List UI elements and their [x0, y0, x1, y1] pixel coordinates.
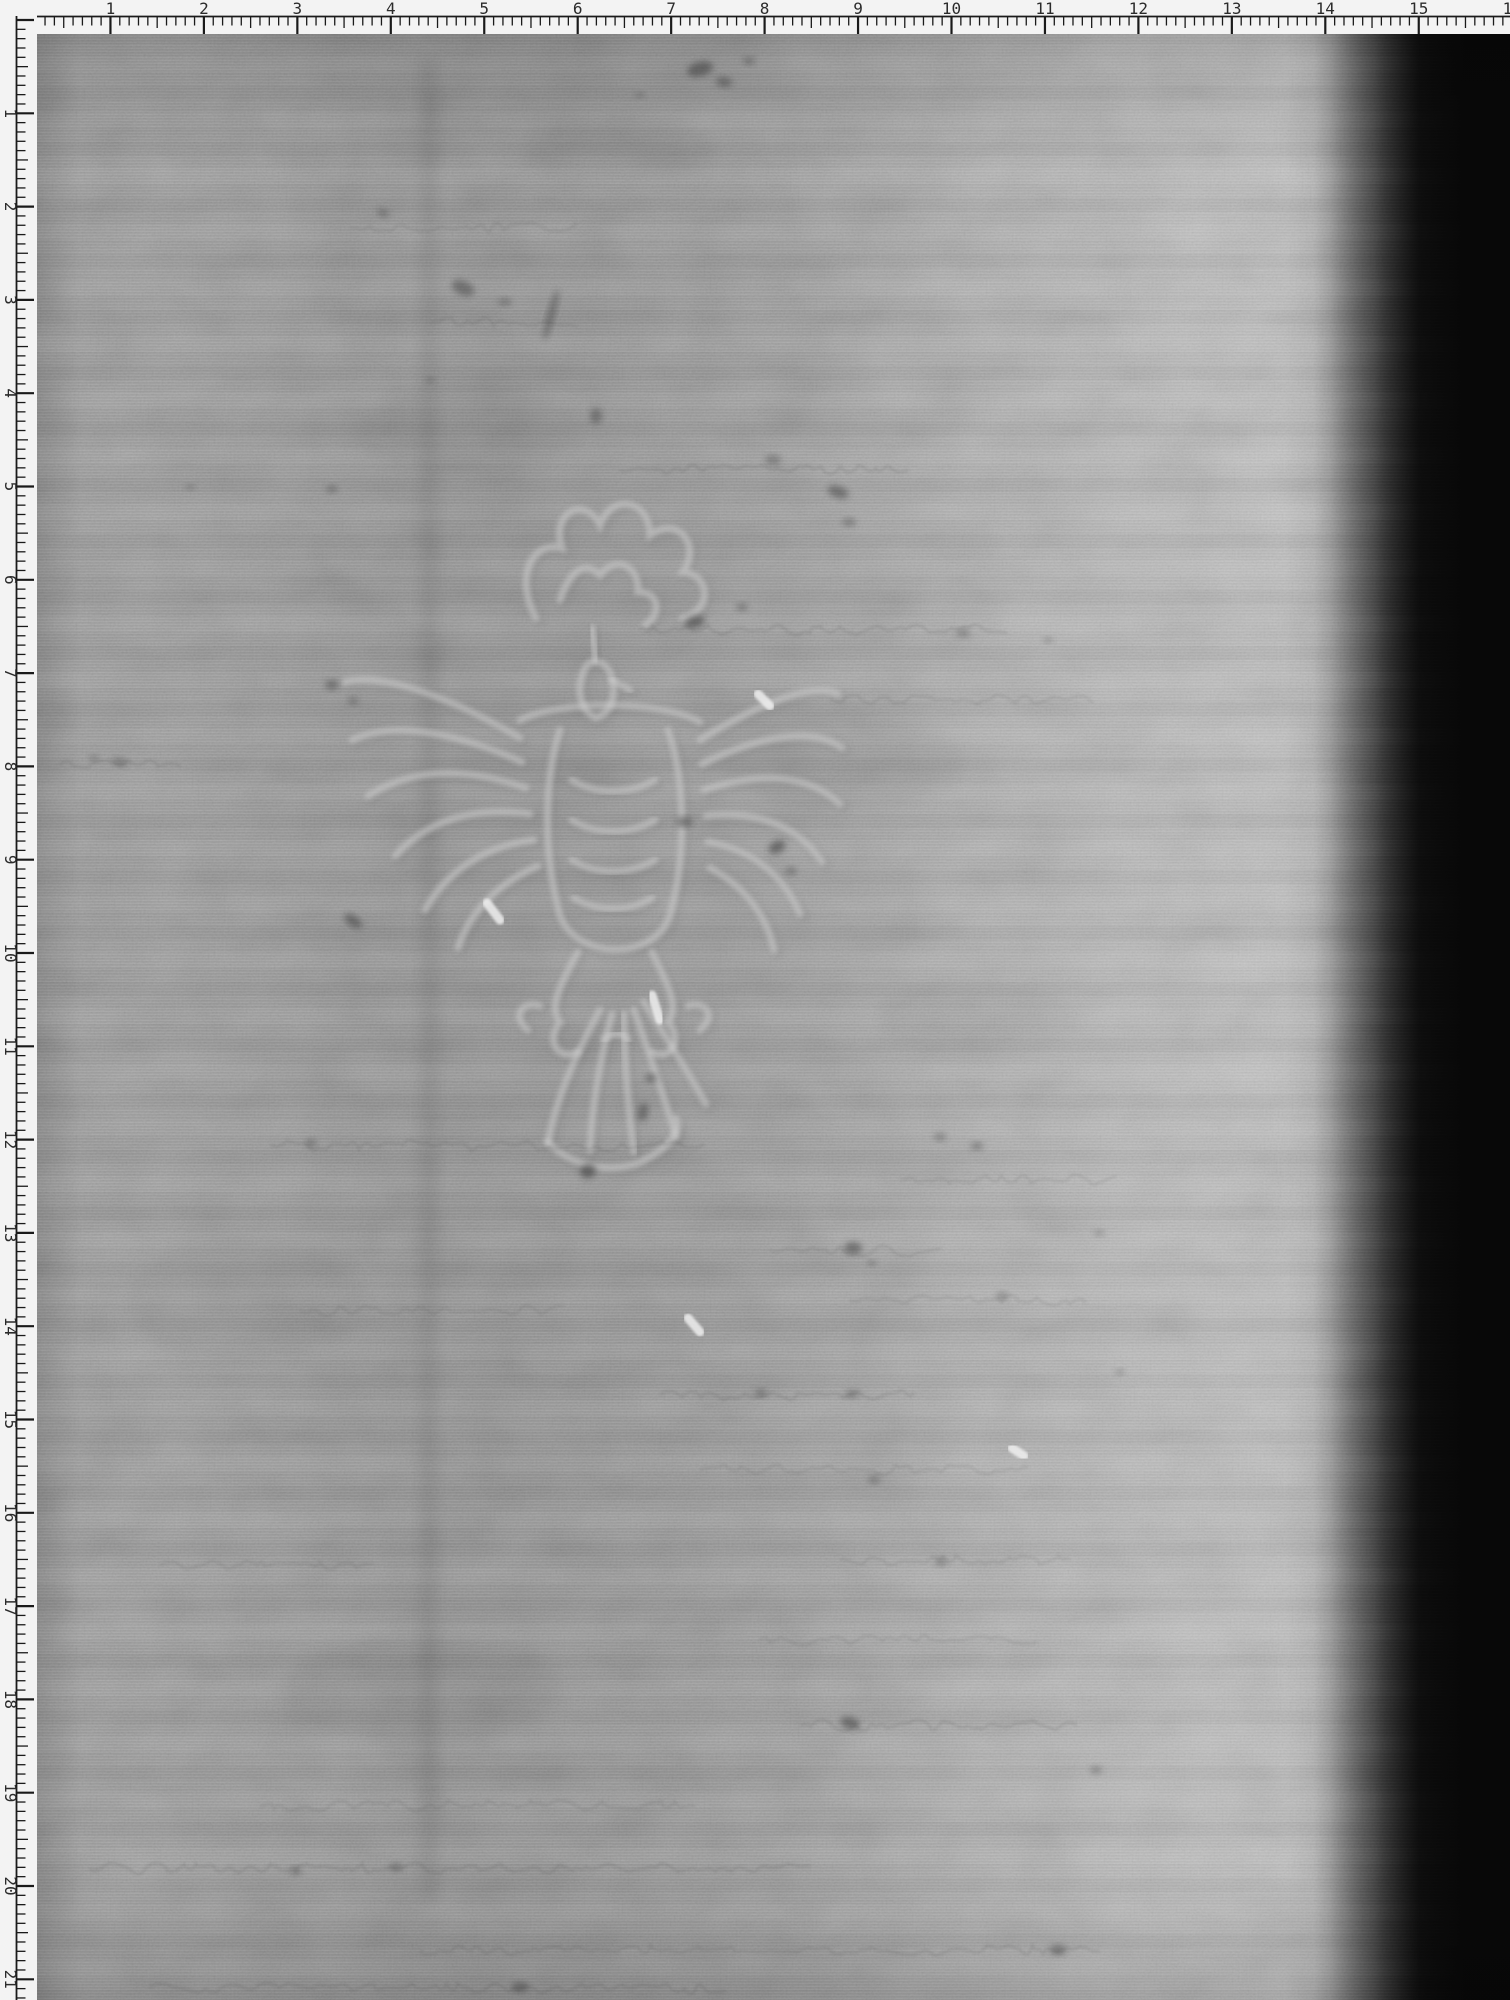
light-falloff-shading [0, 0, 1510, 2000]
top-ruler-number: 11 [1035, 0, 1054, 18]
left-ruler-number: 4 [1, 388, 20, 398]
left-ruler-number: 9 [1, 855, 20, 865]
left-ruler-number: 2 [1, 202, 20, 212]
top-ruler-number: 1 [106, 0, 116, 18]
folio-photo [0, 0, 1510, 2000]
left-ruler-number: 3 [1, 295, 20, 305]
left-ruler-number: 11 [1, 1037, 20, 1056]
top-ruler-number: 13 [1222, 0, 1241, 18]
top-ruler-number: 6 [573, 0, 583, 18]
left-ruler-scale: 123456789101112131415161718192021 [0, 0, 37, 2000]
top-ruler-scale: 012345678910111213141516 [0, 0, 1510, 34]
left-ruler-number: 10 [1, 943, 20, 962]
left-ruler-number: 21 [1, 1970, 20, 1989]
left-ruler-number: 6 [1, 575, 20, 585]
left-ruler-number: 14 [1, 1317, 20, 1336]
left-ruler-number: 1 [1, 108, 20, 118]
top-ruler-number: 9 [853, 0, 863, 18]
left-ruler-number: 19 [1, 1783, 20, 1802]
top-ruler-number: 15 [1409, 0, 1428, 18]
top-ruler-number: 10 [942, 0, 961, 18]
left-ruler: 123456789101112131415161718192021 [0, 0, 37, 2000]
left-ruler-number: 13 [1, 1223, 20, 1242]
top-ruler-number: 14 [1316, 0, 1335, 18]
left-ruler-number: 18 [1, 1690, 20, 1709]
left-ruler-number: 5 [1, 482, 20, 492]
left-ruler-number: 8 [1, 762, 20, 772]
top-ruler-number: 7 [666, 0, 676, 18]
top-ruler-number: 8 [760, 0, 770, 18]
left-ruler-number: 15 [1, 1410, 20, 1429]
top-ruler-number: 16 [1503, 0, 1510, 18]
radiograph-image: 012345678910111213141516 123456789101112… [0, 0, 1510, 2000]
top-ruler: 012345678910111213141516 [0, 0, 1510, 34]
top-ruler-number: 4 [386, 0, 396, 18]
left-ruler-number: 12 [1, 1130, 20, 1149]
top-ruler-number: 2 [199, 0, 209, 18]
left-ruler-number: 7 [1, 668, 20, 678]
top-ruler-number: 12 [1129, 0, 1148, 18]
top-ruler-number: 5 [479, 0, 489, 18]
left-ruler-number: 20 [1, 1876, 20, 1895]
top-ruler-number: 3 [293, 0, 303, 18]
left-ruler-number: 17 [1, 1596, 20, 1615]
left-ruler-number: 16 [1, 1503, 20, 1522]
